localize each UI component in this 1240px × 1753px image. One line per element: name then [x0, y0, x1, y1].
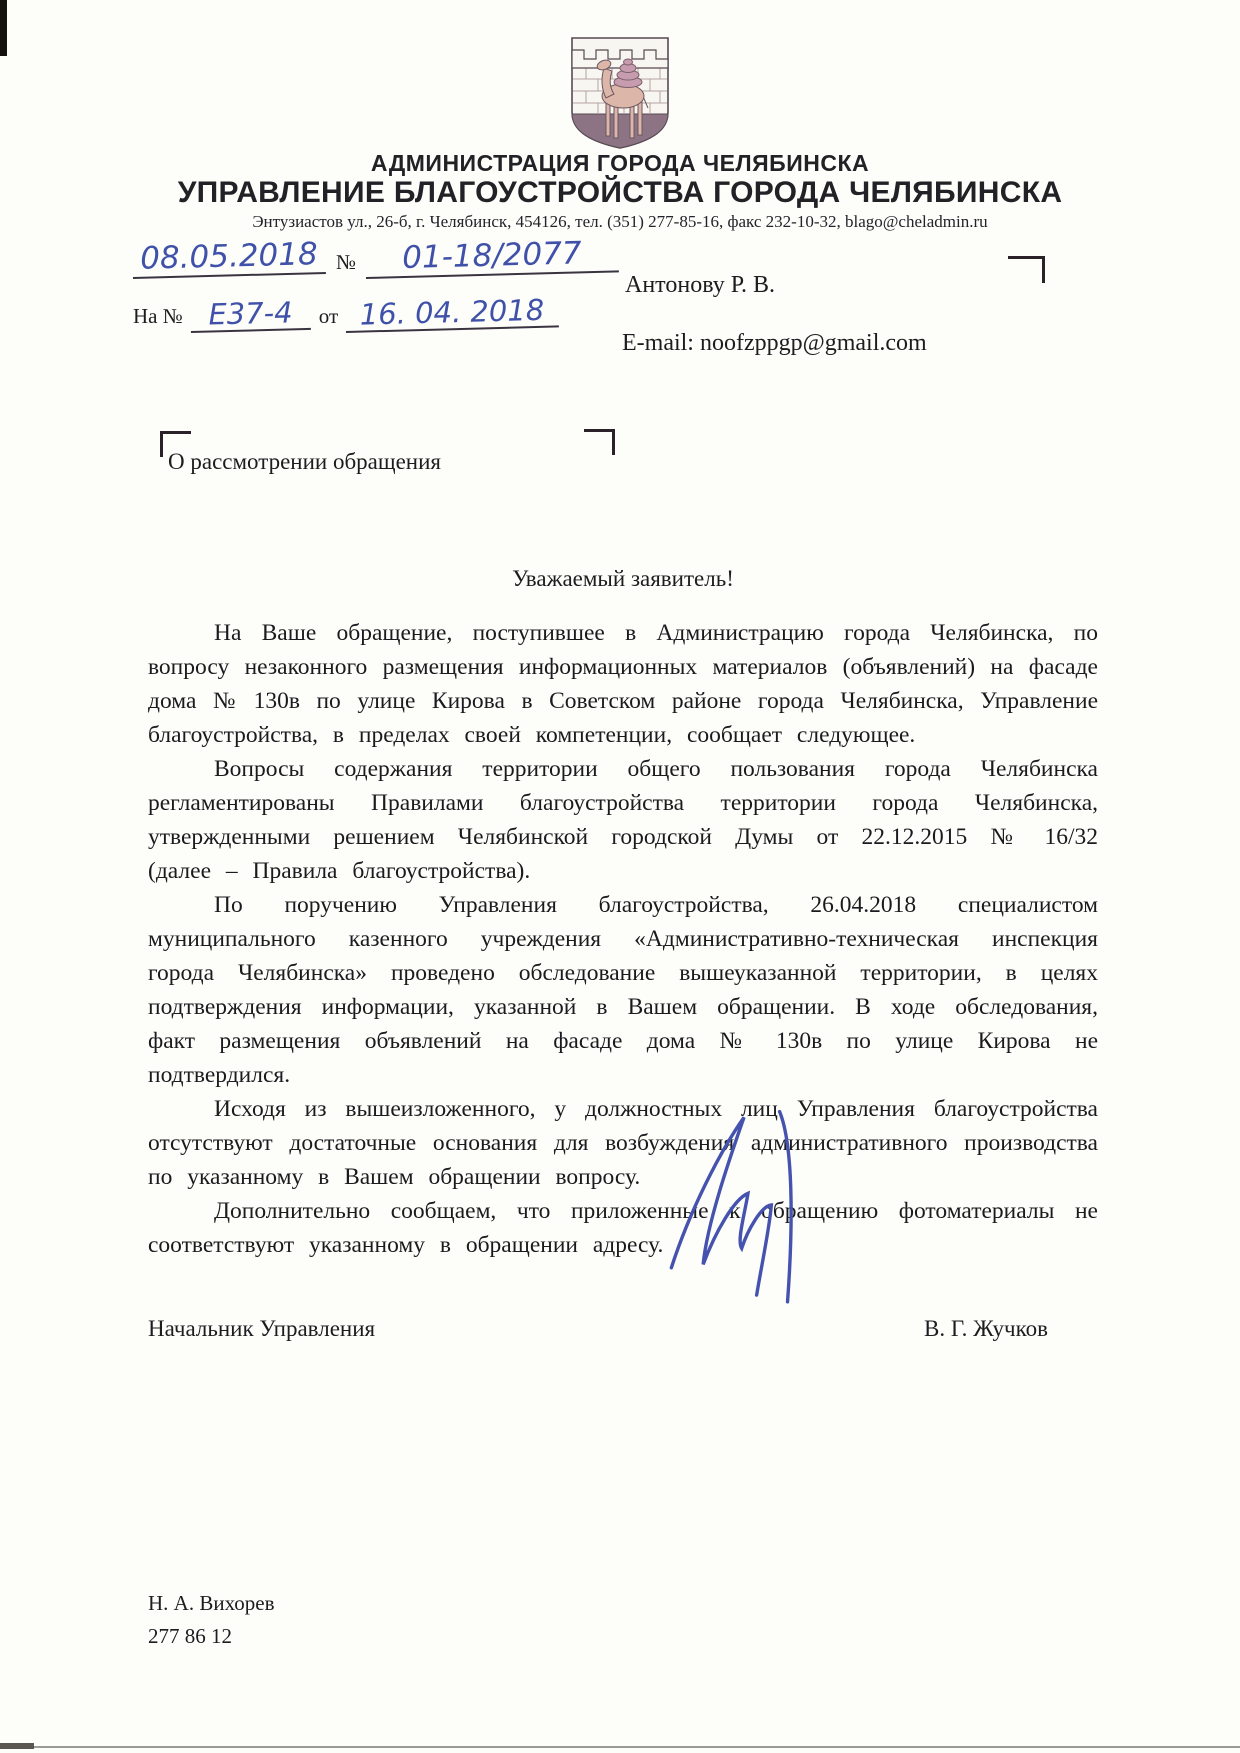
body-paragraph: Исходя из вышеизложенного, у должностных…	[148, 1092, 1098, 1194]
address-corner-mark-icon	[1008, 256, 1045, 283]
executor-name: Н. А. Вихорев	[148, 1591, 275, 1616]
org-name-line1: АДМИНИСТРАЦИЯ ГОРОДА ЧЕЛЯБИНСКА	[0, 150, 1240, 177]
incoming-number-handwritten: Е37-4	[190, 297, 311, 334]
incoming-date-handwritten: 16. 04. 2018	[345, 294, 559, 333]
scanned-letter-page: АДМИНИСТРАЦИЯ ГОРОДА ЧЕЛЯБИНСКА УПРАВЛЕН…	[0, 0, 1240, 1753]
letter-body: На Ваше обращение, поступившее в Админис…	[148, 616, 1098, 1262]
body-paragraph: На Ваше обращение, поступившее в Админис…	[148, 616, 1098, 752]
body-paragraph: Дополнительно сообщаем, что приложенные …	[148, 1194, 1098, 1262]
scan-corner-artifact	[0, 1743, 34, 1749]
subject-line: О рассмотрении обращения	[168, 449, 441, 475]
salutation: Уважаемый заявитель!	[148, 566, 1098, 592]
reply-prefix-label: На №	[133, 304, 183, 333]
coat-of-arms-icon	[568, 34, 672, 152]
outgoing-reference-row: 08.05.2018 № 01-18/2077	[133, 243, 619, 279]
signer-position: Начальник Управления	[148, 1316, 375, 1342]
scan-edge-artifact	[0, 0, 7, 56]
scan-bottom-line-artifact	[0, 1746, 1240, 1748]
subject-corner-right-icon	[584, 429, 615, 455]
signature-row: Начальник Управления В. Г. Жучков	[148, 1316, 1048, 1342]
org-address-line: Энтузиастов ул., 26-б, г. Челябинск, 454…	[0, 212, 1240, 232]
recipient-name: Антонову Р. В.	[625, 272, 775, 299]
body-paragraph: Вопросы содержания территории общего пол…	[148, 752, 1098, 888]
outgoing-date-handwritten: 08.05.2018	[132, 238, 326, 279]
recipient-email: E-mail: noofzppgp@gmail.com	[622, 330, 927, 357]
org-name-line2: УПРАВЛЕНИЕ БЛАГОУСТРОЙСТВА ГОРОДА ЧЕЛЯБИ…	[0, 176, 1240, 210]
executor-phone: 277 86 12	[148, 1624, 232, 1649]
number-sign-label: №	[336, 250, 356, 279]
body-paragraph: По поручению Управления благоустройства,…	[148, 888, 1098, 1092]
handwritten-signature	[638, 1108, 848, 1318]
incoming-reference-row: На № Е37-4 от 16. 04. 2018	[133, 300, 559, 333]
outgoing-number-handwritten: 01-18/2077	[365, 236, 619, 278]
signer-name: В. Г. Жучков	[924, 1316, 1048, 1342]
from-label: от	[319, 304, 338, 333]
